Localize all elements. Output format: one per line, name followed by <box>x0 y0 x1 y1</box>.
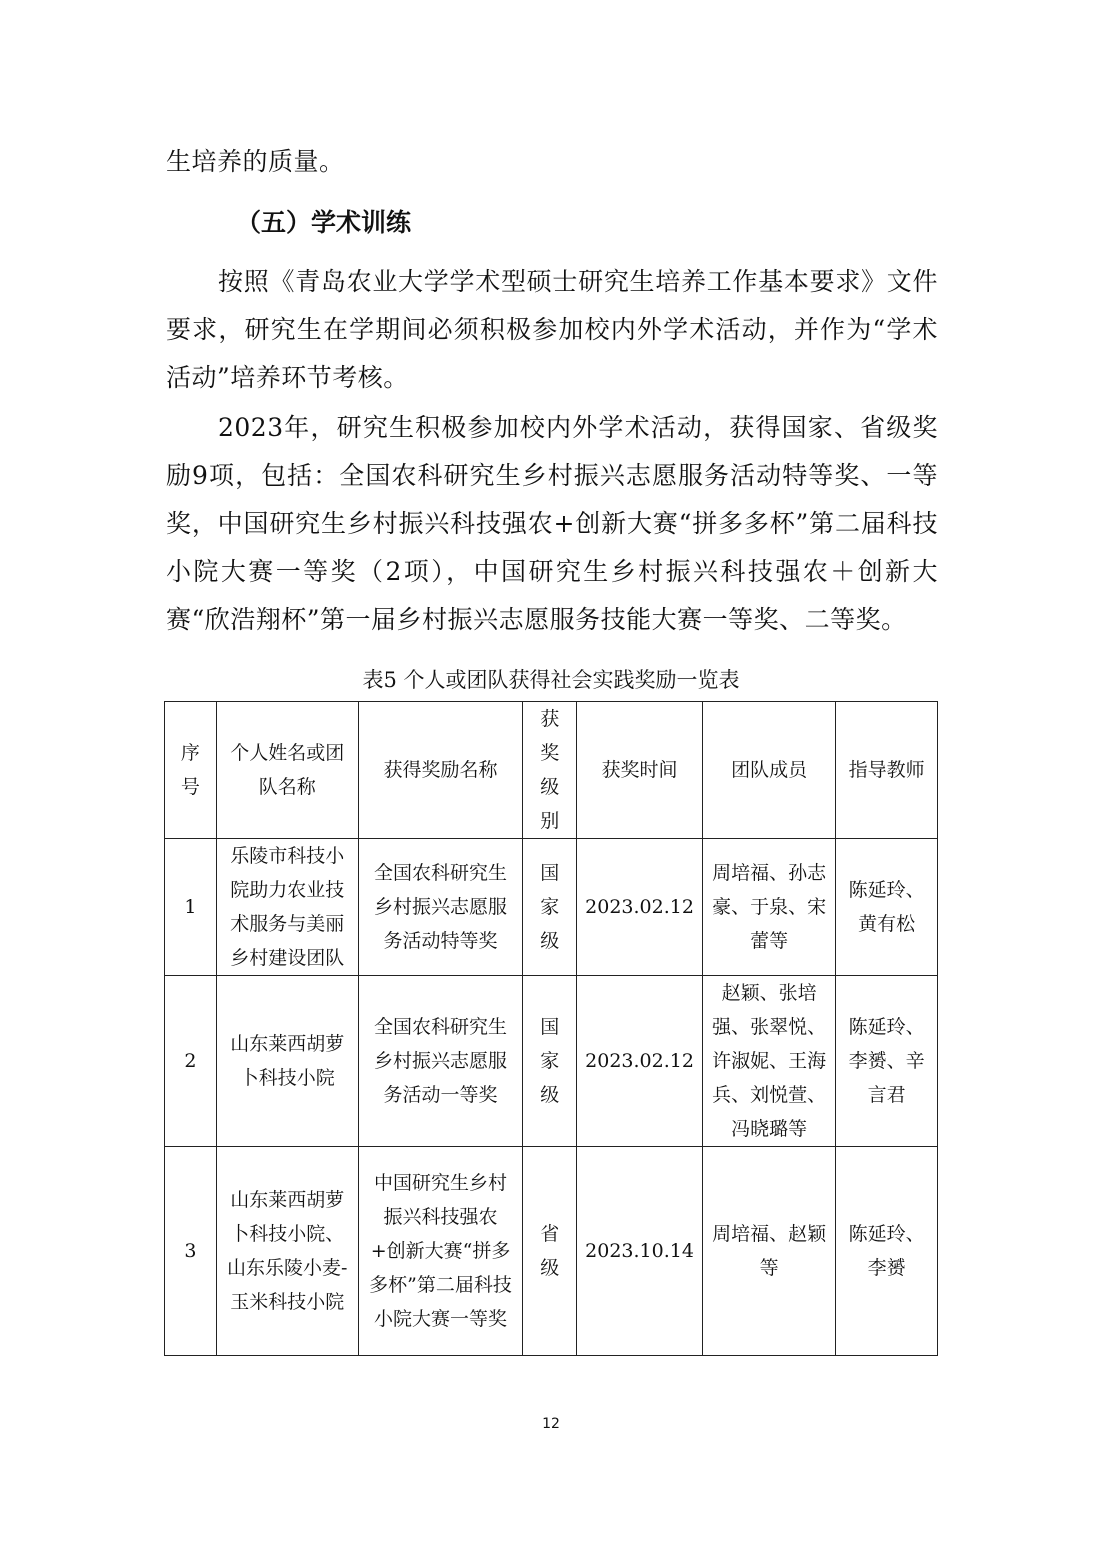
header-level: 获奖级别 <box>523 702 577 839</box>
cell-members: 周培福、赵颖等 <box>702 1147 835 1356</box>
continuation-text: 生培养的质量。 <box>166 138 938 186</box>
paragraph-requirements: 按照《青岛农业大学学术型硕士研究生培养工作基本要求》文件要求，研究生在学期间必须… <box>166 258 938 402</box>
cell-team: 山东莱西胡萝卜科技小院、山东乐陵小麦-玉米科技小院 <box>216 1147 358 1356</box>
header-advisors: 指导教师 <box>836 702 938 839</box>
cell-advisors: 陈延玲、李赟、辛言君 <box>836 976 938 1147</box>
table-caption: 表5 个人或团队获得社会实践奖励一览表 <box>164 664 938 696</box>
cell-award: 中国研究生乡村振兴科技强农+创新大赛“拼多多杯”第二届科技小院大赛一等奖 <box>358 1147 523 1356</box>
cell-award: 全国农科研究生乡村振兴志愿服务活动一等奖 <box>358 976 523 1147</box>
cell-level: 省级 <box>523 1147 577 1356</box>
cell-date: 2023.02.12 <box>577 839 703 976</box>
cell-level: 国家级 <box>523 976 577 1147</box>
header-team: 个人姓名或团队名称 <box>216 702 358 839</box>
cell-team: 乐陵市科技小院助力农业技术服务与美丽乡村建设团队 <box>216 839 358 976</box>
table-row: 1 乐陵市科技小院助力农业技术服务与美丽乡村建设团队 全国农科研究生乡村振兴志愿… <box>165 839 938 976</box>
header-award: 获得奖励名称 <box>358 702 523 839</box>
cell-level: 国家级 <box>523 839 577 976</box>
cell-date: 2023.10.14 <box>577 1147 703 1356</box>
cell-team: 山东莱西胡萝卜科技小院 <box>216 976 358 1147</box>
awards-table: 序号 个人姓名或团队名称 获得奖励名称 获奖级别 获奖时间 团队成员 指导教师 … <box>164 701 938 1356</box>
document-page: 生培养的质量。 （五）学术训练 按照《青岛农业大学学术型硕士研究生培养工作基本要… <box>0 0 1102 1559</box>
cell-no: 3 <box>165 1147 217 1356</box>
cell-advisors: 陈延玲、黄有松 <box>836 839 938 976</box>
cell-members: 赵颖、张培强、张翠悦、许淑妮、王海兵、刘悦萱、冯晓璐等 <box>702 976 835 1147</box>
paragraph-awards-summary: 2023年，研究生积极参加校内外学术活动，获得国家、省级奖励9项，包括：全国农科… <box>166 404 938 644</box>
cell-award: 全国农科研究生乡村振兴志愿服务活动特等奖 <box>358 839 523 976</box>
cell-members: 周培福、孙志豪、于泉、宋蕾等 <box>702 839 835 976</box>
table-header-row: 序号 个人姓名或团队名称 获得奖励名称 获奖级别 获奖时间 团队成员 指导教师 <box>165 702 938 839</box>
table-row: 3 山东莱西胡萝卜科技小院、山东乐陵小麦-玉米科技小院 中国研究生乡村振兴科技强… <box>165 1147 938 1356</box>
table-row: 2 山东莱西胡萝卜科技小院 全国农科研究生乡村振兴志愿服务活动一等奖 国家级 2… <box>165 976 938 1147</box>
cell-date: 2023.02.12 <box>577 976 703 1147</box>
page-number: 12 <box>0 1416 1102 1432</box>
cell-no: 1 <box>165 839 217 976</box>
header-date: 获奖时间 <box>577 702 703 839</box>
cell-no: 2 <box>165 976 217 1147</box>
section-heading: （五）学术训练 <box>236 199 411 247</box>
header-no: 序号 <box>165 702 217 839</box>
header-members: 团队成员 <box>702 702 835 839</box>
cell-advisors: 陈延玲、李赟 <box>836 1147 938 1356</box>
